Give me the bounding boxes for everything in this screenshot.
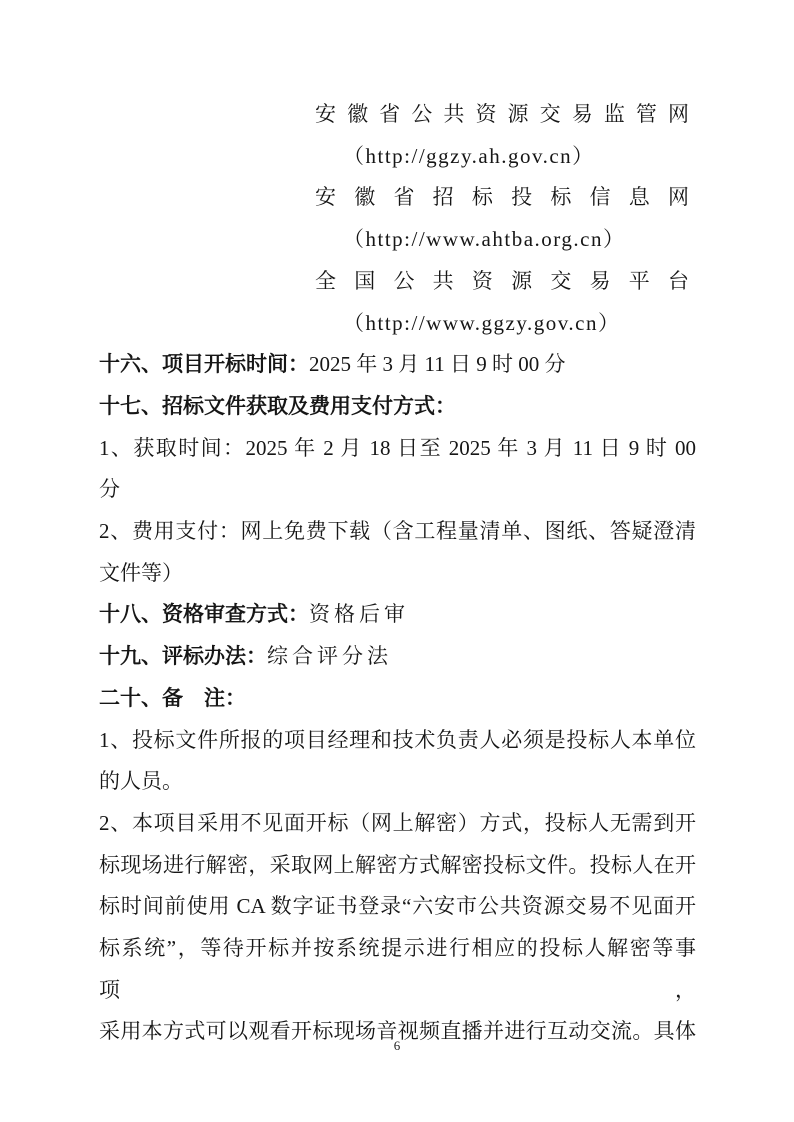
body-line: 2、本项目采用不见面开标（网上解密）方式，投标人无需到开 xyxy=(99,803,696,845)
section-17-heading: 十七、招标文件获取及费用支付方式： xyxy=(99,394,456,418)
document-page: 安徽省公共资源交易监管网 （http://ggzy.ah.gov.cn） 安徽省… xyxy=(0,0,794,1122)
page-number: 6 xyxy=(0,1038,794,1054)
section-19-heading: 十九、评标办法： xyxy=(99,644,267,668)
body-line: 文件等） xyxy=(99,553,696,595)
website-name-line: 全国公共资源交易平台 xyxy=(315,261,689,303)
website-url-line: （http://ggzy.ah.gov.cn） xyxy=(343,136,696,178)
body-line: 标系统”，等待开标并按系统提示进行相应的投标人解密等事项， xyxy=(99,928,696,1011)
document-content: 安徽省公共资源交易监管网 （http://ggzy.ah.gov.cn） 安徽省… xyxy=(99,94,696,1053)
website-name-line: 安徽省招标投标信息网 xyxy=(315,177,689,219)
website-name-line: 安徽省公共资源交易监管网 xyxy=(315,94,689,136)
website-url-line: （http://www.ahtba.org.cn） xyxy=(343,219,696,261)
section-20-line: 二十、备 注： xyxy=(99,678,696,720)
section-19-value: 综合评分法 xyxy=(267,644,392,668)
body-line: 1、投标文件所报的项目经理和技术负责人必须是投标人本单位 xyxy=(99,720,696,762)
body-line: 标现场进行解密，采取网上解密方式解密投标文件。投标人在开 xyxy=(99,845,696,887)
section-16-heading: 十六、项目开标时间： xyxy=(99,352,309,376)
section-18-value: 资格后审 xyxy=(309,602,409,626)
body-line: 1、获取时间：2025 年 2 月 18 日至 2025 年 3 月 11 日 … xyxy=(99,428,696,470)
body-line: 2、费用支付：网上免费下载（含工程量清单、图纸、答疑澄清 xyxy=(99,511,696,553)
website-url-line: （http://www.ggzy.gov.cn） xyxy=(343,303,696,345)
section-18-line: 十八、资格审查方式：资格后审 xyxy=(99,594,696,636)
section-16-value: 2025 年 3 月 11 日 9 时 00 分 xyxy=(309,352,565,376)
section-20-heading: 二十、备 注： xyxy=(99,686,246,710)
section-19-line: 十九、评标办法：综合评分法 xyxy=(99,636,696,678)
section-17-line: 十七、招标文件获取及费用支付方式： xyxy=(99,386,696,428)
body-line: 分 xyxy=(99,469,696,511)
section-16-line: 十六、项目开标时间：2025 年 3 月 11 日 9 时 00 分 xyxy=(99,344,696,386)
section-18-heading: 十八、资格审查方式： xyxy=(99,602,309,626)
body-line: 标时间前使用 CA 数字证书登录“六安市公共资源交易不见面开 xyxy=(99,886,696,928)
body-line: 的人员。 xyxy=(99,761,696,803)
